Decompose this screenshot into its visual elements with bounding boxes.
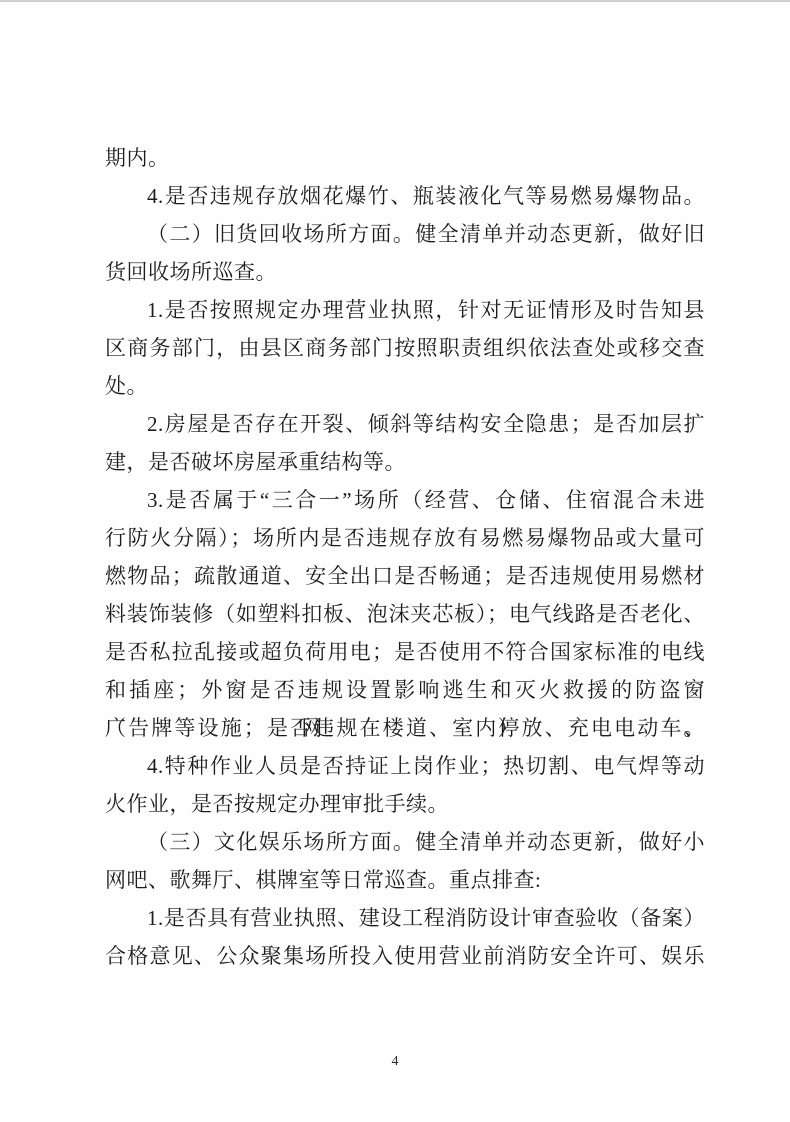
body-text: 广告牌等设施；是否违规在楼道、室内停放、充电电动车。 bbox=[105, 716, 705, 740]
body-text: 是否私拉乱接或超负荷用电；是否使用不符合国家标准的电线 bbox=[105, 640, 705, 664]
body-text: 处。 bbox=[105, 374, 148, 398]
text-line: 期内。 bbox=[105, 139, 705, 177]
text-line: 区商务部门，由县区商务部门按照职责组织依法查处或移交查 bbox=[105, 329, 705, 367]
body-text: 建，是否破坏房屋承重结构等。 bbox=[105, 450, 406, 474]
text-line: 料装饰装修（如塑料扣板、泡沫夹芯板）；电气线路是否老化、 bbox=[105, 595, 705, 633]
body-text: 期内。 bbox=[105, 146, 170, 170]
body-text: 4.特种作业人员是否持证上岗作业；热切割、电气焊等动 bbox=[147, 754, 705, 778]
document-page: 期内。4.是否违规存放烟花爆竹、瓶装液化气等易燃易爆物品。（二）旧货回收场所方面… bbox=[0, 0, 790, 1122]
text-line: 4.特种作业人员是否持证上岗作业；热切割、电气焊等动 bbox=[105, 747, 705, 785]
section-heading: （二）旧货回收场所方面。 bbox=[147, 222, 415, 246]
text-line: 3.是否属于“三合一”场所（经营、仓储、住宿混合未进 bbox=[105, 481, 705, 519]
body-text: 1.是否具有营业执照、建设工程消防设计审查验收（备案） bbox=[147, 906, 705, 930]
text-line: 合格意见、公众聚集场所投入使用营业前消防安全许可、娱乐 bbox=[105, 937, 705, 975]
text-line: 建，是否破坏房屋承重结构等。 bbox=[105, 443, 705, 481]
body-text: 燃物品；疏散通道、安全出口是否畅通；是否违规使用易燃材 bbox=[105, 564, 705, 588]
body-text: 2.房屋是否存在开裂、倾斜等结构安全隐患；是否加层扩 bbox=[147, 412, 705, 436]
body-text: 网吧、歌舞厅、棋牌室等日常巡查。重点排查: bbox=[105, 868, 541, 892]
body-text: 3.是否属于“三合一”场所（经营、仓储、住宿混合未进 bbox=[147, 488, 705, 512]
page-footer: 4 bbox=[0, 1052, 790, 1070]
text-line: （三）文化娱乐场所方面。健全清单并动态更新，做好小 bbox=[105, 823, 705, 861]
text-line: 广告牌等设施；是否违规在楼道、室内停放、充电电动车。 bbox=[105, 709, 705, 747]
body-text: 1.是否按照规定办理营业执照，针对无证情形及时告知县 bbox=[147, 298, 705, 322]
text-line: 是否私拉乱接或超负荷用电；是否使用不符合国家标准的电线 bbox=[105, 633, 705, 671]
body-text: 行防火分隔）；场所内是否违规存放有易燃易爆物品或大量可 bbox=[105, 526, 705, 550]
body-text: 料装饰装修（如塑料扣板、泡沫夹芯板）；电气线路是否老化、 bbox=[105, 602, 705, 626]
text-line: 2.房屋是否存在开裂、倾斜等结构安全隐患；是否加层扩 bbox=[105, 405, 705, 443]
body-text: 4.是否违规存放烟花爆竹、瓶装液化气等易燃易爆物品。 bbox=[147, 184, 705, 208]
section-heading: （三）文化娱乐场所方面。 bbox=[147, 830, 415, 854]
scan-edge-artifact bbox=[0, 0, 790, 2]
text-line: 行防火分隔）；场所内是否违规存放有易燃易爆物品或大量可 bbox=[105, 519, 705, 557]
document-body: 期内。4.是否违规存放烟花爆竹、瓶装液化气等易燃易爆物品。（二）旧货回收场所方面… bbox=[105, 139, 705, 975]
text-line: 1.是否按照规定办理营业执照，针对无证情形及时告知县 bbox=[105, 291, 705, 329]
text-line: 火作业，是否按规定办理审批手续。 bbox=[105, 785, 705, 823]
body-text: 货回收场所巡查。 bbox=[105, 260, 277, 284]
text-line: 燃物品；疏散通道、安全出口是否畅通；是否违规使用易燃材 bbox=[105, 557, 705, 595]
text-line: 网吧、歌舞厅、棋牌室等日常巡查。重点排查: bbox=[105, 861, 705, 899]
body-text: 健全清单并动态更新，做好旧 bbox=[415, 222, 705, 246]
text-line: 货回收场所巡查。 bbox=[105, 253, 705, 291]
body-text: 健全清单并动态更新，做好小 bbox=[415, 830, 705, 854]
text-line: 和插座；外窗是否违规设置影响逃生和灭火救援的防盗窗（网）、 bbox=[105, 671, 705, 709]
body-text: 火作业，是否按规定办理审批手续。 bbox=[105, 792, 449, 816]
page-number: 4 bbox=[392, 1054, 399, 1069]
body-text: 区商务部门，由县区商务部门按照职责组织依法查处或移交查 bbox=[105, 336, 705, 360]
text-line: 处。 bbox=[105, 367, 705, 405]
text-line: （二）旧货回收场所方面。健全清单并动态更新，做好旧 bbox=[105, 215, 705, 253]
text-line: 1.是否具有营业执照、建设工程消防设计审查验收（备案） bbox=[105, 899, 705, 937]
body-text: 合格意见、公众聚集场所投入使用营业前消防安全许可、娱乐 bbox=[105, 944, 705, 968]
text-line: 4.是否违规存放烟花爆竹、瓶装液化气等易燃易爆物品。 bbox=[105, 177, 705, 215]
